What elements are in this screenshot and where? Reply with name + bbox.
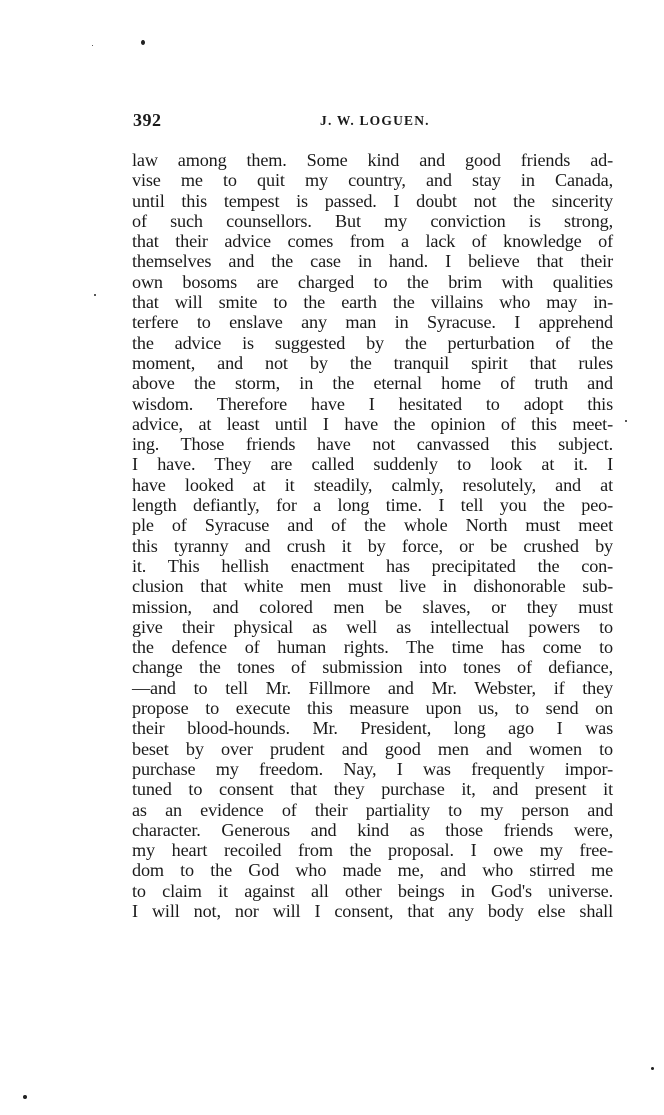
text-line: moment, and not by the tranquil spirit t… (132, 353, 613, 373)
text-line: ple of Syracuse and of the whole North m… (132, 515, 613, 535)
text-line: that will smite to the earth the villain… (132, 292, 613, 312)
text-line: until this tempest is passed. I doubt no… (132, 191, 613, 211)
text-line: terfere to enslave any man in Syracuse. … (132, 312, 613, 332)
text-line: to claim it against all other beings in … (132, 881, 613, 901)
running-head: J. W. LOGUEN. (320, 113, 430, 129)
book-page: 392 J. W. LOGUEN. law among them. Some k… (0, 0, 664, 1115)
body-text: law among them. Some kind and good frien… (132, 150, 613, 921)
text-line: change the tones of submission into tone… (132, 657, 613, 677)
text-line: of such counsellors. But my conviction i… (132, 211, 613, 231)
text-line: length defiantly, for a long time. I tel… (132, 495, 613, 515)
text-line: own bosoms are charged to the brim with … (132, 272, 613, 292)
text-line: dom to the God who made me, and who stir… (132, 860, 613, 880)
text-line: vise me to quit my country, and stay in … (132, 170, 613, 190)
text-line: mission, and colored men be slaves, or t… (132, 597, 613, 617)
text-line: —and to tell Mr. Fillmore and Mr. Webste… (132, 678, 613, 698)
text-line: their blood-hounds. Mr. President, long … (132, 718, 613, 738)
text-line: tuned to consent that they purchase it, … (132, 779, 613, 799)
text-line: it. This hellish enactment has precipita… (132, 556, 613, 576)
text-line: law among them. Some kind and good frien… (132, 150, 613, 170)
text-line: propose to execute this measure upon us,… (132, 698, 613, 718)
scan-speck (92, 45, 93, 46)
scan-speck (23, 1095, 27, 1099)
page-number: 392 (133, 110, 162, 131)
text-line: give their physical as well as intellect… (132, 617, 613, 637)
scan-speck (651, 1067, 654, 1070)
text-line: as an evidence of their partiality to my… (132, 800, 613, 820)
text-line: the advice is suggested by the perturbat… (132, 333, 613, 353)
text-line: I will not, nor will I consent, that any… (132, 901, 613, 921)
text-line: the defence of human rights. The time ha… (132, 637, 613, 657)
text-line: I have. They are called suddenly to look… (132, 454, 613, 474)
page-header: 392 J. W. LOGUEN. (133, 110, 613, 134)
text-line: ing. Those friends have not canvassed th… (132, 434, 613, 454)
text-line: have looked at it steadily, calmly, reso… (132, 475, 613, 495)
scan-speck (141, 40, 145, 45)
text-line: clusion that white men must live in dish… (132, 576, 613, 596)
text-line: advice, at least until I have the opinio… (132, 414, 613, 434)
text-line: my heart recoiled from the proposal. I o… (132, 840, 613, 860)
text-line: themselves and the case in hand. I belie… (132, 251, 613, 271)
text-line: that their advice comes from a lack of k… (132, 231, 613, 251)
text-line: above the storm, in the eternal home of … (132, 373, 613, 393)
text-line: wisdom. Therefore have I hesitated to ad… (132, 394, 613, 414)
scan-speck (625, 420, 627, 422)
text-line: purchase my freedom. Nay, I was frequent… (132, 759, 613, 779)
scan-speck (94, 294, 96, 296)
text-line: beset by over prudent and good men and w… (132, 739, 613, 759)
text-line: this tyranny and crush it by force, or b… (132, 536, 613, 556)
text-line: character. Generous and kind as those fr… (132, 820, 613, 840)
